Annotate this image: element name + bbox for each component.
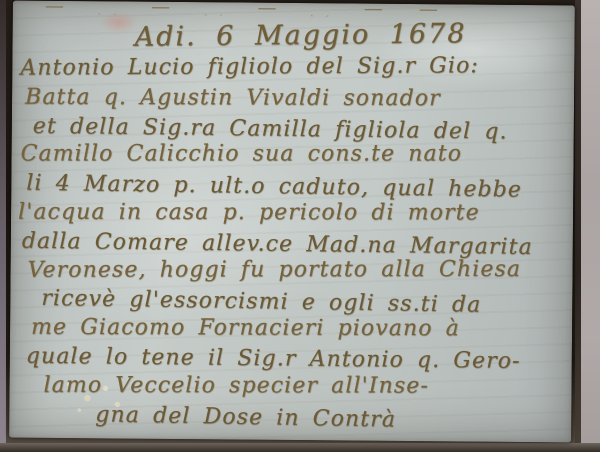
frame-bottom-edge <box>0 443 600 452</box>
manuscript-line: Antonio Lucio figliolo del Sig.r Gio: <box>20 52 572 84</box>
framed-manuscript-photo: — ‿ — ‿ — ‿ — — Adi. 6 Maggio 1678 Anton… <box>0 0 600 452</box>
manuscript-line: Batta q. Agustin Vivaldi sonador <box>25 83 572 114</box>
manuscript-line: Veronese, hoggi fu portato alla Chiesa <box>28 255 571 285</box>
manuscript-page: — ‿ — ‿ — ‿ — — Adi. 6 Maggio 1678 Anton… <box>9 1 575 443</box>
manuscript-line: me Giacomo Fornacieri piovano à <box>31 314 570 345</box>
cropped-line-fragment: — ‿ — ‿ — ‿ — — <box>45 1 573 19</box>
manuscript-line: lamo Veccelio specier all'Inse- <box>44 372 570 402</box>
manuscript-line: Camillo Calicchio sua cons.te nato <box>21 141 572 170</box>
manuscript-line: gna del Dose in Contrà <box>95 401 569 438</box>
manuscript-line: l'acqua in casa p. pericolo di morte <box>18 199 571 229</box>
manuscript-text: — ‿ — ‿ — ‿ — — Adi. 6 Maggio 1678 Anton… <box>15 1 573 443</box>
frame-right-edge <box>581 0 600 452</box>
frame-left-edge <box>0 0 6 452</box>
date-heading: Adi. 6 Maggio 1678 <box>134 17 572 53</box>
